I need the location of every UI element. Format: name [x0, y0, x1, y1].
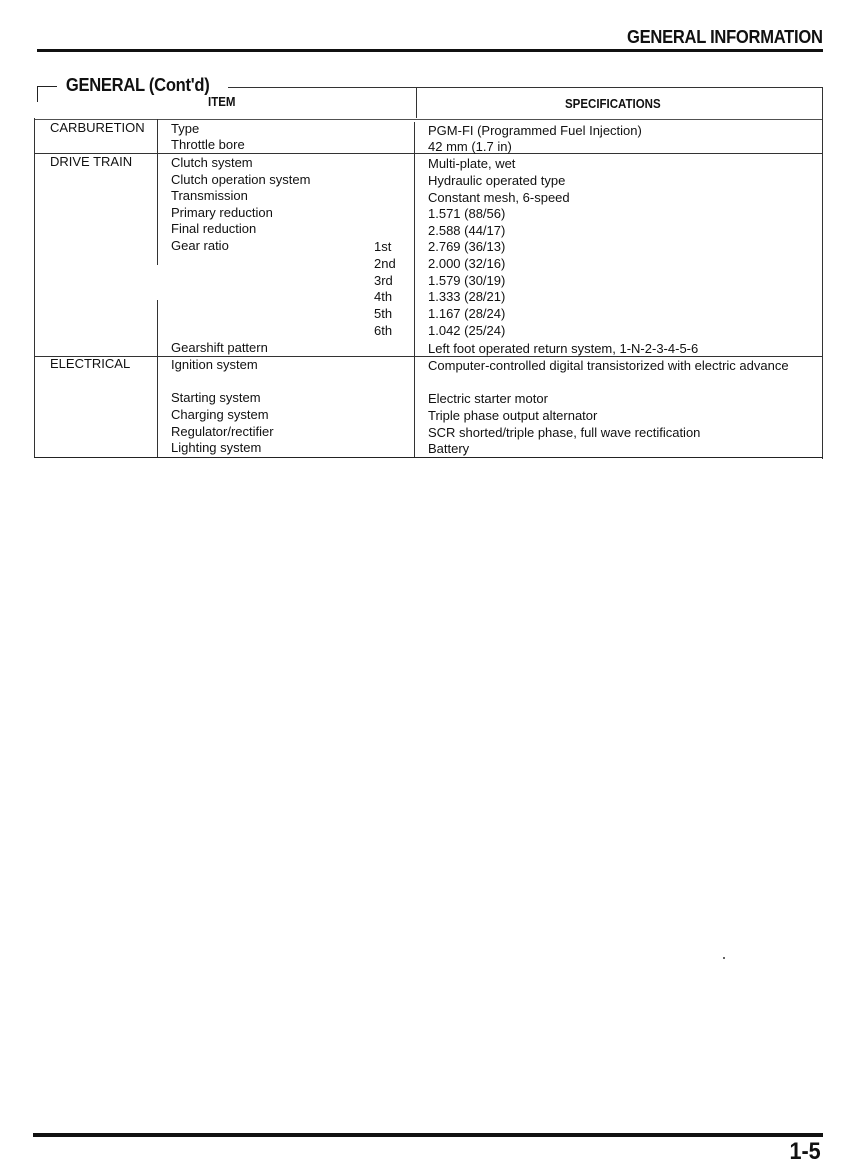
spec-gear-1st: 2.769 (36/13): [428, 239, 505, 255]
spec-divider: [414, 122, 415, 457]
item-clutch-operation-system: Clutch operation system: [171, 172, 310, 188]
item-primary-reduction: Primary reduction: [171, 205, 273, 221]
box-right-border: [822, 87, 823, 459]
gear-5th: 5th: [374, 306, 392, 322]
box-bottom-border: [34, 457, 823, 458]
spec-gear-3rd: 1.579 (30/19): [428, 273, 505, 289]
box-top-border: [228, 87, 823, 88]
box-left-border: [34, 118, 35, 458]
spec-primary-reduction: 1.571 (88/56): [428, 206, 505, 222]
spec-ignition-system: Computer-controlled digital transistoriz…: [428, 358, 808, 374]
spec-gear-2nd: 2.000 (32/16): [428, 256, 505, 272]
spec-gearshift-pattern: Left foot operated return system, 1-N-2-…: [428, 341, 698, 357]
gear-3rd: 3rd: [374, 273, 393, 289]
item-starting-system: Starting system: [171, 390, 261, 406]
page-number: 1-5: [790, 1138, 821, 1166]
category-electrical: ELECTRICAL: [50, 356, 130, 372]
spec-charging-system: Triple phase output alternator: [428, 408, 597, 424]
spec-transmission: Constant mesh, 6-speed: [428, 190, 570, 206]
category-drive-train: DRIVE TRAIN: [50, 154, 132, 170]
item-type: Type: [171, 121, 199, 137]
category-carburetion: CARBURETION: [50, 120, 145, 136]
item-gear-ratio: Gear ratio: [171, 238, 229, 254]
item-final-reduction: Final reduction: [171, 221, 256, 237]
spec-throttle-bore: 42 mm (1.7 in): [428, 139, 512, 155]
box-top-left-lead: [37, 86, 57, 87]
spec-gear-4th: 1.333 (28/21): [428, 289, 505, 305]
item-throttle-bore: Throttle bore: [171, 137, 245, 153]
category-divider-upper: [157, 119, 158, 265]
category-divider-lower: [157, 300, 158, 457]
spec-clutch-operation-system: Hydraulic operated type: [428, 173, 565, 189]
spec-gear-6th: 1.042 (25/24): [428, 323, 505, 339]
section-title: GENERAL (Cont'd): [64, 75, 211, 96]
gear-1st: 1st: [374, 239, 391, 255]
spec-regulator-rectifier: SCR shorted/triple phase, full wave rect…: [428, 425, 700, 441]
column-header-specifications: SPECIFICATIONS: [565, 97, 661, 111]
item-ignition-system: Ignition system: [171, 357, 258, 373]
header-bottom-rule: [34, 119, 823, 120]
item-charging-system: Charging system: [171, 407, 269, 423]
gear-6th: 6th: [374, 323, 392, 339]
spec-starting-system: Electric starter motor: [428, 391, 548, 407]
spec-type: PGM-FI (Programmed Fuel Injection): [428, 123, 642, 139]
footer-rule: [33, 1133, 823, 1137]
gear-2nd: 2nd: [374, 256, 396, 272]
item-regulator-rectifier: Regulator/rectifier: [171, 424, 274, 440]
spec-lighting-system: Battery: [428, 441, 469, 457]
item-lighting-system: Lighting system: [171, 440, 261, 456]
header-divider: [416, 88, 417, 118]
gear-4th: 4th: [374, 289, 392, 305]
box-left-lead: [37, 86, 38, 102]
header-rule: [37, 49, 823, 52]
scan-speck: [723, 957, 725, 959]
item-gearshift-pattern: Gearshift pattern: [171, 340, 268, 356]
item-transmission: Transmission: [171, 188, 248, 204]
item-clutch-system: Clutch system: [171, 155, 253, 171]
column-header-item: ITEM: [208, 95, 235, 109]
spec-clutch-system: Multi-plate, wet: [428, 156, 515, 172]
page-header-title: GENERAL INFORMATION: [627, 27, 823, 48]
spec-gear-5th: 1.167 (28/24): [428, 306, 505, 322]
spec-final-reduction: 2.588 (44/17): [428, 223, 505, 239]
